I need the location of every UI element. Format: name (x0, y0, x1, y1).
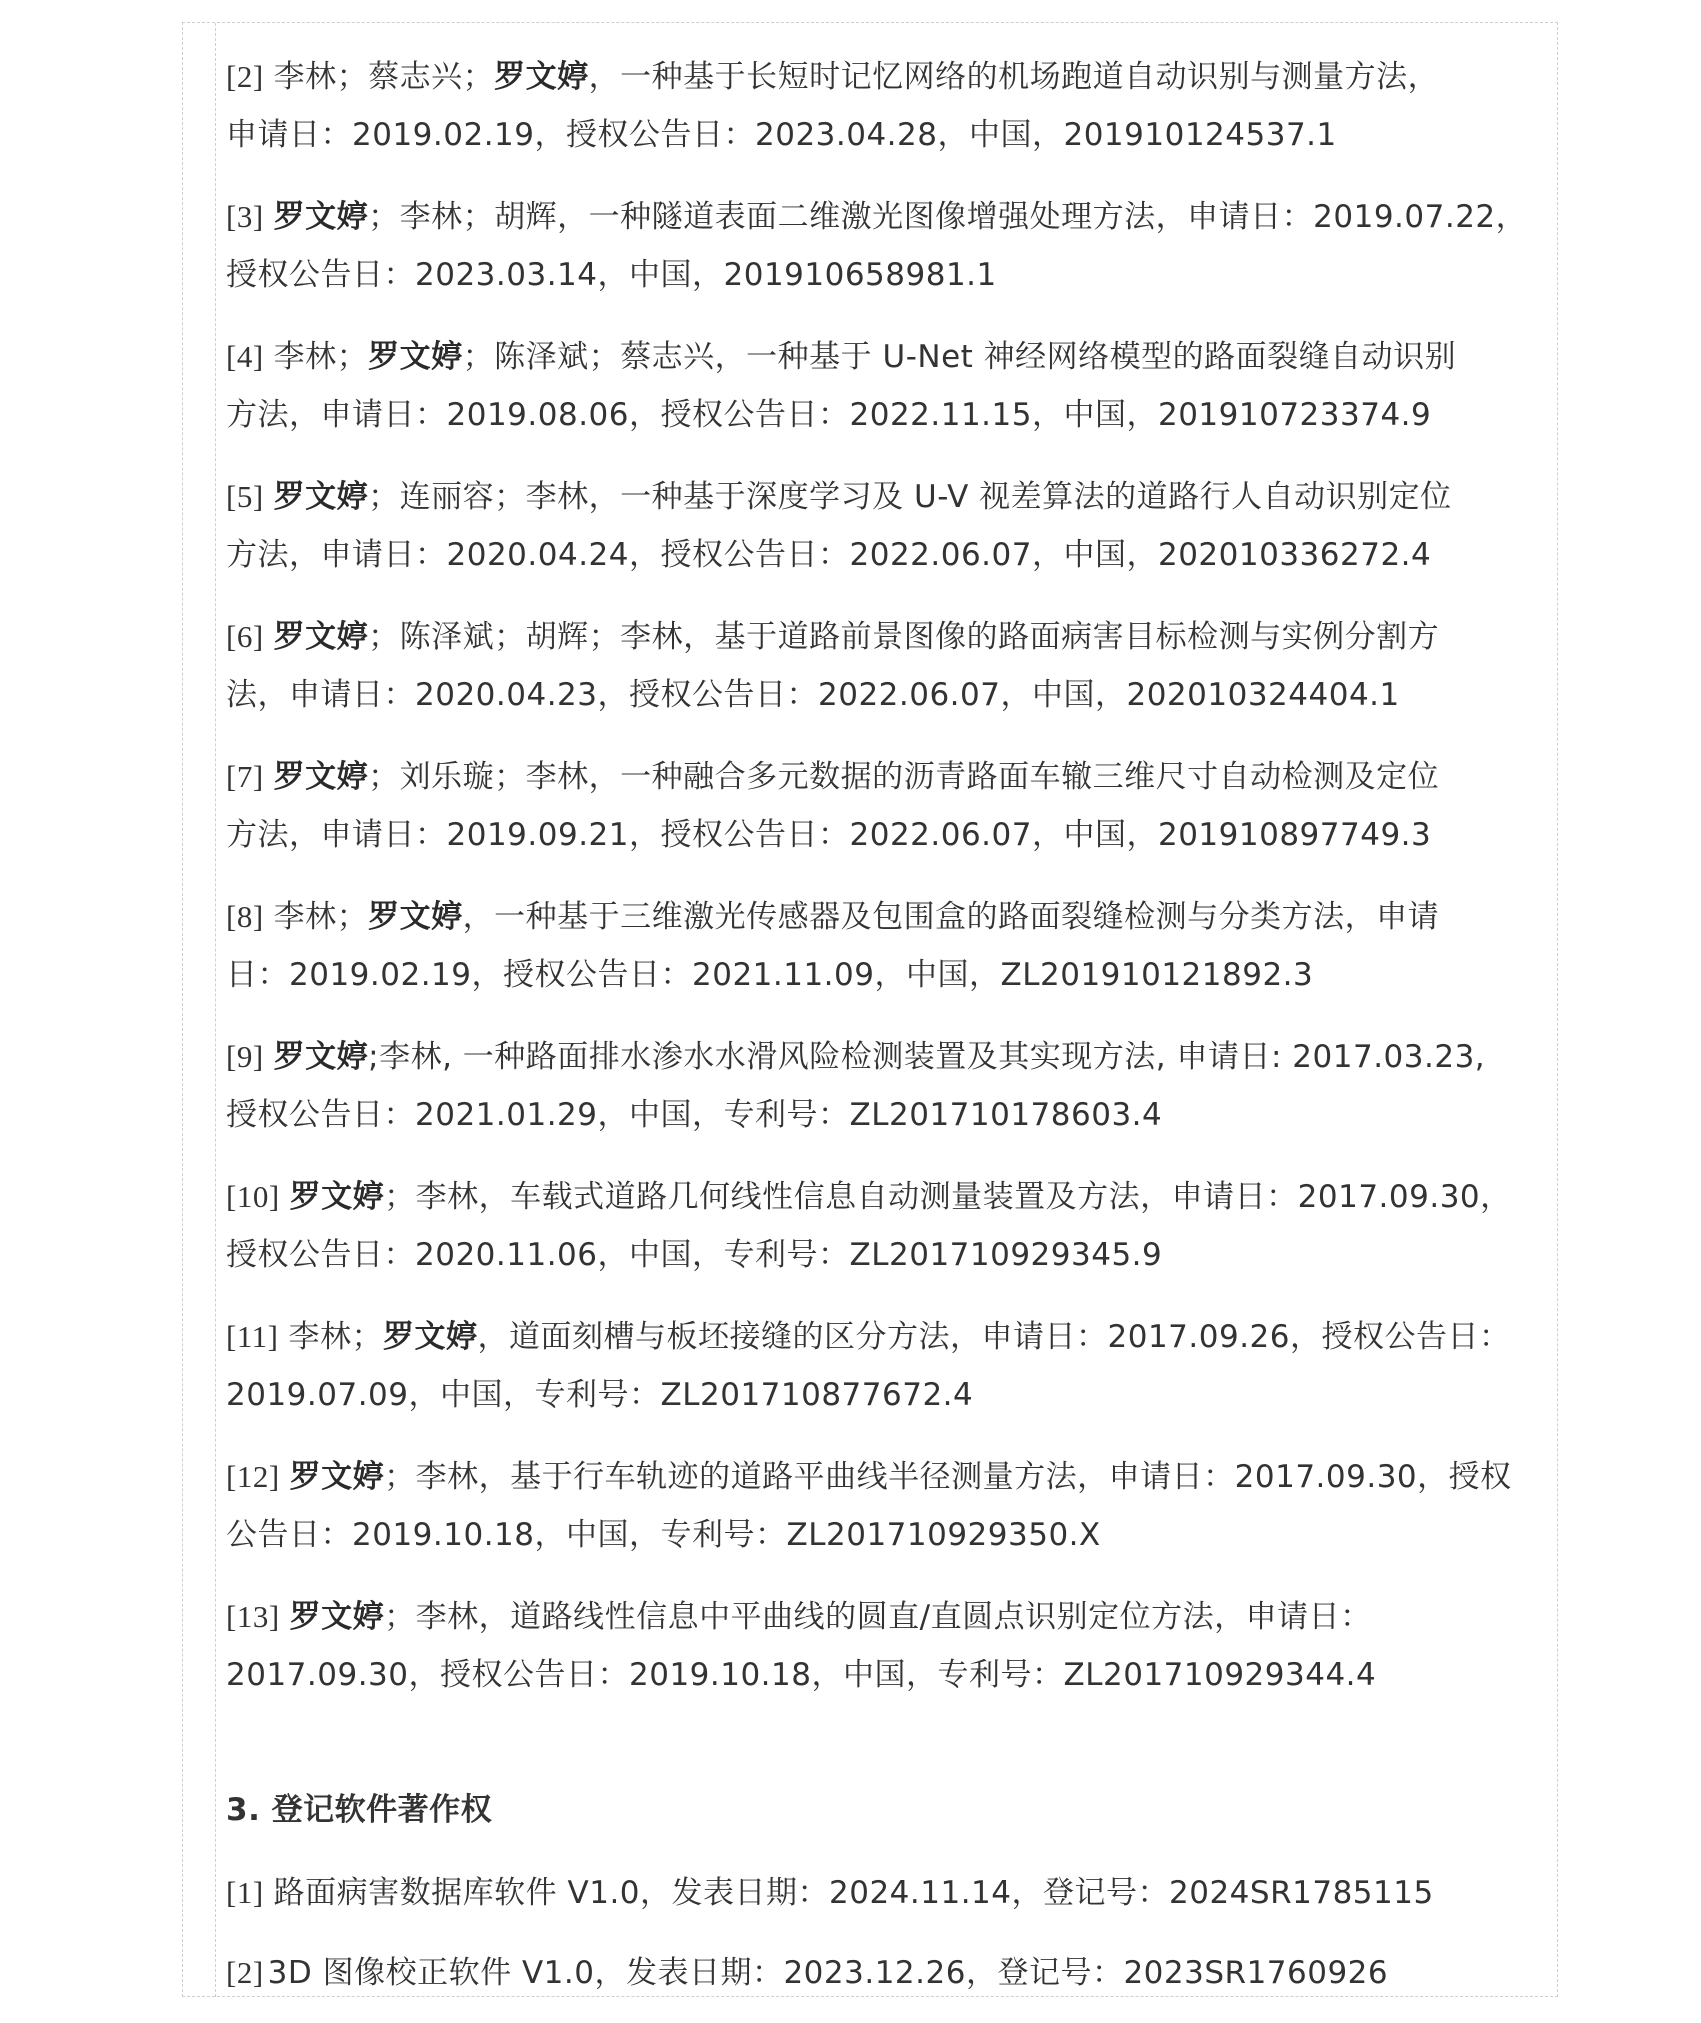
software-entry-text: 路面病害数据库软件 V1.0，发表日期：2024.11.14，登记号：2024S… (274, 1875, 1434, 1911)
entry-author-highlight: 罗文婷 (368, 339, 463, 375)
entry-index: [10] (226, 1179, 280, 1214)
entry-index: [11] (226, 1319, 279, 1354)
entry-index: [5] (226, 479, 264, 514)
entry-author-highlight: 罗文婷 (274, 1039, 369, 1075)
entry-title: ；连丽容；李林，一种基于深度学习及 U-V 视差算法的道路行人自动识别定位 (368, 479, 1451, 515)
entry-index: [7] (226, 759, 264, 794)
patent-entry-line2: 法，申请日：2020.04.23，授权公告日：2022.06.07，中国，202… (226, 675, 1400, 715)
section-heading: 3. 登记软件著作权 (226, 1790, 492, 1830)
patent-entry-line1: [10]罗文婷；李林，车载式道路几何线性信息自动测量装置及方法，申请日：2017… (226, 1177, 1512, 1217)
patent-entry-line1: [9]罗文婷;李林, 一种路面排水渗水水滑风险检测装置及其实现方法, 申请日: … (226, 1037, 1485, 1077)
entry-author-highlight: 罗文婷 (290, 1179, 385, 1215)
patent-entry-line2: 申请日：2019.02.19，授权公告日：2023.04.28，中国，20191… (226, 115, 1337, 155)
entry-title: ；陈泽斌；蔡志兴，一种基于 U-Net 神经网络模型的路面裂缝自动识别 (463, 339, 1457, 375)
patent-entry-line2: 2019.07.09，中国，专利号：ZL201710877672.4 (226, 1375, 973, 1415)
patent-entry-line2: 方法，申请日：2020.04.24，授权公告日：2022.06.07，中国，20… (226, 535, 1431, 575)
entry-title: ；李林，基于行车轨迹的道路平曲线半径测量方法，申请日：2017.09.30，授权 (384, 1459, 1512, 1495)
entry-title: ;李林, 一种路面排水渗水水滑风险检测装置及其实现方法, 申请日: 2017.0… (368, 1039, 1485, 1075)
entry-index: [3] (226, 199, 264, 234)
entry-author-highlight: 罗文婷 (274, 619, 369, 655)
entry-author-highlight: 罗文婷 (274, 479, 369, 515)
patent-entry-line2: 方法，申请日：2019.09.21，授权公告日：2022.06.07，中国，20… (226, 815, 1431, 855)
entry-index: [4] (226, 339, 264, 374)
entry-title: ；李林；胡辉，一种隧道表面二维激光图像增强处理方法，申请日：2019.07.22… (368, 199, 1527, 235)
patent-entry-line2: 公告日：2019.10.18，中国，专利号：ZL201710929350.X (226, 1515, 1101, 1555)
entry-author-highlight: 罗文婷 (383, 1319, 478, 1355)
entry-index: [2] (226, 59, 264, 94)
entry-author-highlight: 罗文婷 (274, 199, 369, 235)
entry-index: [6] (226, 619, 264, 654)
patent-entry-line2: 2017.09.30，授权公告日：2019.10.18，中国，专利号：ZL201… (226, 1655, 1376, 1695)
entry-author-highlight: 罗文婷 (274, 759, 369, 795)
entry-title: ；陈泽斌；胡辉；李林，基于道路前景图像的路面病害目标检测与实例分割方 (368, 619, 1439, 655)
entry-title: ；李林，道路线性信息中平曲线的圆直/直圆点识别定位方法，申请日： (384, 1599, 1371, 1635)
software-entry: [1]路面病害数据库软件 V1.0，发表日期：2024.11.14，登记号：20… (226, 1873, 1434, 1913)
patent-entry-line1: [4]李林；罗文婷；陈泽斌；蔡志兴，一种基于 U-Net 神经网络模型的路面裂缝… (226, 337, 1456, 377)
entry-author-highlight: 罗文婷 (290, 1599, 385, 1635)
entry-title: ；刘乐璇；李林，一种融合多元数据的沥青路面车辙三维尺寸自动检测及定位 (368, 759, 1439, 795)
entry-index: [12] (226, 1459, 280, 1494)
entry-authors-pre: 李林； (289, 1319, 384, 1355)
entry-author-highlight: 罗文婷 (494, 59, 589, 95)
patent-entry-line1: [11]李林；罗文婷，道面刻槽与板坯接缝的区分方法，申请日：2017.09.26… (226, 1317, 1511, 1357)
patent-entry-line1: [3]罗文婷；李林；胡辉，一种隧道表面二维激光图像增强处理方法，申请日：2019… (226, 197, 1527, 237)
patent-entry-line1: [6]罗文婷；陈泽斌；胡辉；李林，基于道路前景图像的路面病害目标检测与实例分割方 (226, 617, 1439, 657)
entry-index: [2] (226, 1955, 264, 1990)
entry-authors-pre: 李林； (274, 899, 369, 935)
entry-authors-pre: 李林；蔡志兴； (274, 59, 495, 95)
software-entry-text: 3D 图像校正软件 V1.0，发表日期：2023.12.26，登记号：2023S… (268, 1955, 1388, 1991)
patent-entry-line1: [2]李林；蔡志兴；罗文婷，一种基于长短时记忆网络的机场跑道自动识别与测量方法， (226, 57, 1439, 97)
entry-index: [1] (226, 1875, 264, 1910)
patent-entry-line2: 日：2019.02.19，授权公告日：2021.11.09，中国，ZL20191… (226, 955, 1313, 995)
entry-index: [13] (226, 1599, 280, 1634)
patent-entry-line1: [13]罗文婷；李林，道路线性信息中平曲线的圆直/直圆点识别定位方法，申请日： (226, 1597, 1372, 1637)
entry-title: ；李林，车载式道路几何线性信息自动测量装置及方法，申请日：2017.09.30， (384, 1179, 1512, 1215)
entry-authors-pre: 李林； (274, 339, 369, 375)
patent-entry-line2: 授权公告日：2020.11.06，中国，专利号：ZL201710929345.9 (226, 1235, 1162, 1275)
document-frame (182, 22, 1558, 1997)
patent-entry-line2: 授权公告日：2023.03.14，中国，201910658981.1 (226, 255, 997, 295)
patent-entry-line1: [5]罗文婷；连丽容；李林，一种基于深度学习及 U-V 视差算法的道路行人自动识… (226, 477, 1452, 517)
entry-index: [8] (226, 899, 264, 934)
patent-entry-line1: [7]罗文婷；刘乐璇；李林，一种融合多元数据的沥青路面车辙三维尺寸自动检测及定位 (226, 757, 1439, 797)
entry-title: ，一种基于三维激光传感器及包围盒的路面裂缝检测与分类方法，申请 (463, 899, 1440, 935)
entry-title: ，一种基于长短时记忆网络的机场跑道自动识别与测量方法， (589, 59, 1440, 95)
patent-entry-line2: 授权公告日：2021.01.29，中国，专利号：ZL201710178603.4 (226, 1095, 1162, 1135)
entry-index: [9] (226, 1039, 264, 1074)
entry-title: ，道面刻槽与板坯接缝的区分方法，申请日：2017.09.26，授权公告日： (478, 1319, 1511, 1355)
margin-rule (215, 23, 216, 1997)
entry-author-highlight: 罗文婷 (290, 1459, 385, 1495)
software-entry: [2]3D 图像校正软件 V1.0，发表日期：2023.12.26，登记号：20… (226, 1953, 1388, 1993)
patent-entry-line1: [8]李林；罗文婷，一种基于三维激光传感器及包围盒的路面裂缝检测与分类方法，申请 (226, 897, 1439, 937)
patent-entry-line2: 方法，申请日：2019.08.06，授权公告日：2022.11.15，中国，20… (226, 395, 1431, 435)
patent-entry-line1: [12]罗文婷；李林，基于行车轨迹的道路平曲线半径测量方法，申请日：2017.0… (226, 1457, 1512, 1497)
entry-author-highlight: 罗文婷 (368, 899, 463, 935)
